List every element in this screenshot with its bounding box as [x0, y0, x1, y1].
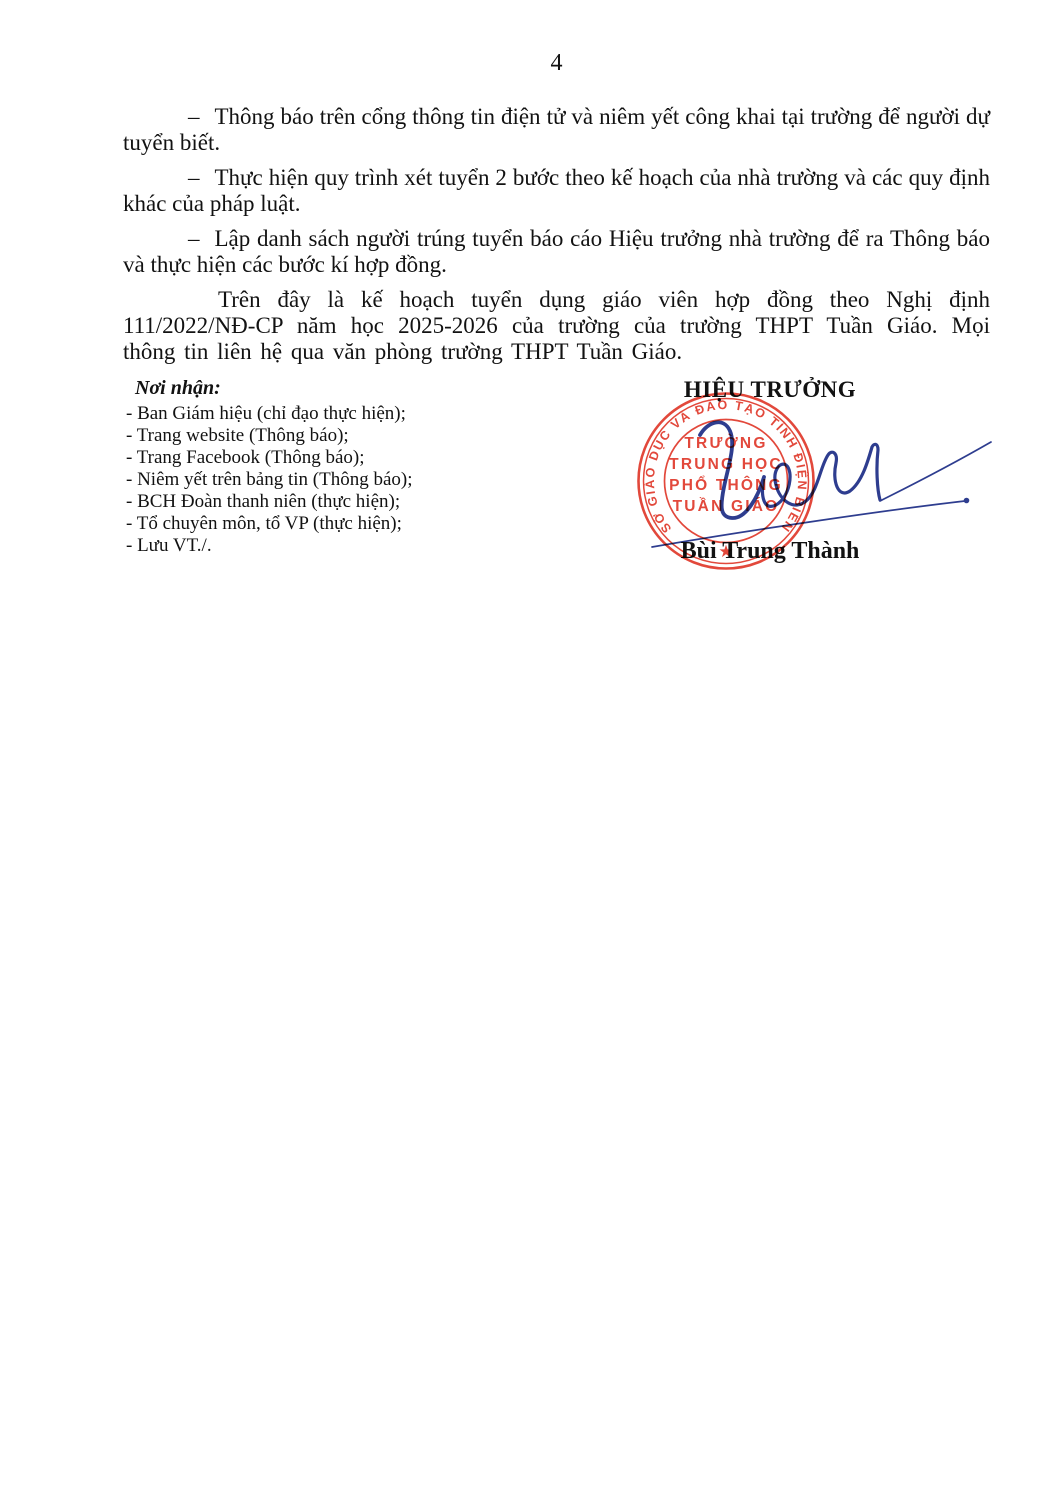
- closing-paragraph: Trên đây là kế hoạch tuyển dụng giáo viê…: [123, 287, 990, 365]
- signature-underline: [652, 501, 965, 547]
- dash-bullet: –: [188, 226, 200, 251]
- paragraph-text: Trên đây là kế hoạch tuyển dụng giáo viê…: [123, 287, 990, 364]
- recipients-list: - Ban Giám hiệu (chỉ đạo thực hiện); - T…: [123, 403, 523, 557]
- recipient-item: - Niêm yết trên bảng tin (Thông báo);: [126, 469, 523, 491]
- document-page: 4 –Thông báo trên cổng thông tin điện tử…: [0, 0, 1061, 1500]
- page-number: 4: [123, 50, 990, 77]
- recipient-item: - Trang Facebook (Thông báo);: [126, 447, 523, 469]
- dash-bullet: –: [188, 165, 200, 190]
- recipient-item: - Trang website (Thông báo);: [126, 425, 523, 447]
- recipient-item: - BCH Đoàn thanh niên (thực hiện);: [126, 491, 523, 513]
- paragraph: –Thông báo trên cổng thông tin điện tử v…: [123, 104, 990, 156]
- signature-stroke-flick: [880, 442, 991, 501]
- paragraph-text: Lập danh sách người trúng tuyển báo cáo …: [123, 226, 990, 277]
- document-body: –Thông báo trên cổng thông tin điện tử v…: [123, 104, 990, 374]
- recipient-item: - Lưu VT./.: [126, 535, 523, 557]
- signature-stroke-main: [700, 422, 764, 518]
- handwritten-signature: [620, 405, 1020, 565]
- recipient-item: - Ban Giám hiệu (chỉ đạo thực hiện);: [126, 403, 523, 425]
- paragraph: –Thực hiện quy trình xét tuyển 2 bước th…: [123, 165, 990, 217]
- recipients-block: Nơi nhận: - Ban Giám hiệu (chỉ đạo thực …: [123, 377, 523, 557]
- paragraph-text: Thông báo trên cổng thông tin điện tử và…: [123, 104, 990, 155]
- signature-underline-dot: [964, 498, 970, 504]
- dash-bullet: –: [188, 104, 200, 129]
- paragraph-text: Thực hiện quy trình xét tuyển 2 bước the…: [123, 165, 990, 216]
- signature-stroke-loops: [763, 444, 881, 506]
- paragraph: –Lập danh sách người trúng tuyển báo cáo…: [123, 226, 990, 278]
- recipient-item: - Tổ chuyên môn, tổ VP (thực hiện);: [126, 513, 523, 535]
- recipients-title: Nơi nhận:: [123, 377, 523, 400]
